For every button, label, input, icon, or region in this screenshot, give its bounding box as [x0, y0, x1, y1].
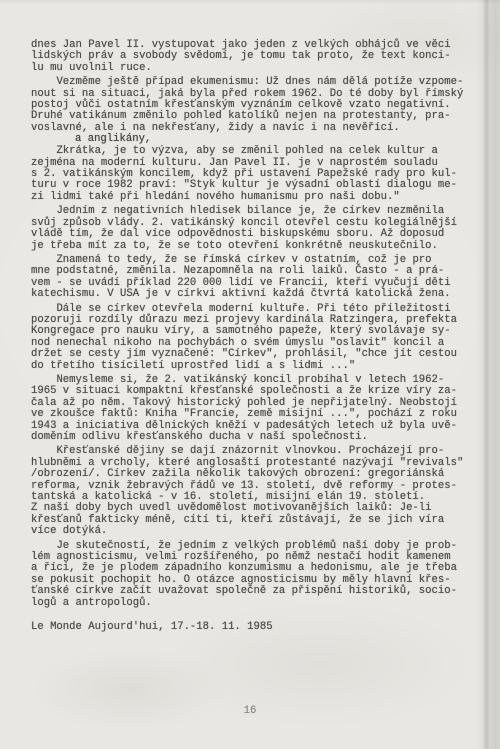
typewritten-text: dnes Jan Pavel II. vystupovat jako jeden… [31, 40, 486, 634]
scan-top-shadow [0, 0, 500, 4]
source-citation: Le Monde Aujourd'hui, 17.-18. 11. 1985 [31, 622, 486, 633]
interline-typed-insertion: a anglikány, [75, 134, 151, 145]
paragraph: Je skutečností, že jedním z velkých prob… [31, 541, 486, 609]
paragraph: Zkrátka, je to výzva, aby se změnil pohl… [31, 146, 486, 203]
scan-right-edge-shadow [476, 0, 500, 749]
scanned-page: dnes Jan Pavel II. vystupovat jako jeden… [0, 0, 500, 749]
paragraph: dnes Jan Pavel II. vystupovat jako jeden… [31, 40, 486, 74]
paragraph: Znamená to tedy, že se římská církev v o… [31, 255, 486, 301]
page-number: 16 [0, 705, 500, 717]
paragraph: Křesťanské dějiny se dají znázornit vlno… [31, 446, 486, 537]
paragraph: Vezměme ještě případ ekumenismu: Už dnes… [31, 77, 486, 134]
paragraph: Nemysleme si, že 2. vatikánský koncil pr… [31, 375, 486, 443]
paragraph: Dále se církev otevřela moderní kultuře.… [31, 304, 486, 372]
paragraph: Jedním z negativních hledisek bilance je… [31, 206, 486, 252]
